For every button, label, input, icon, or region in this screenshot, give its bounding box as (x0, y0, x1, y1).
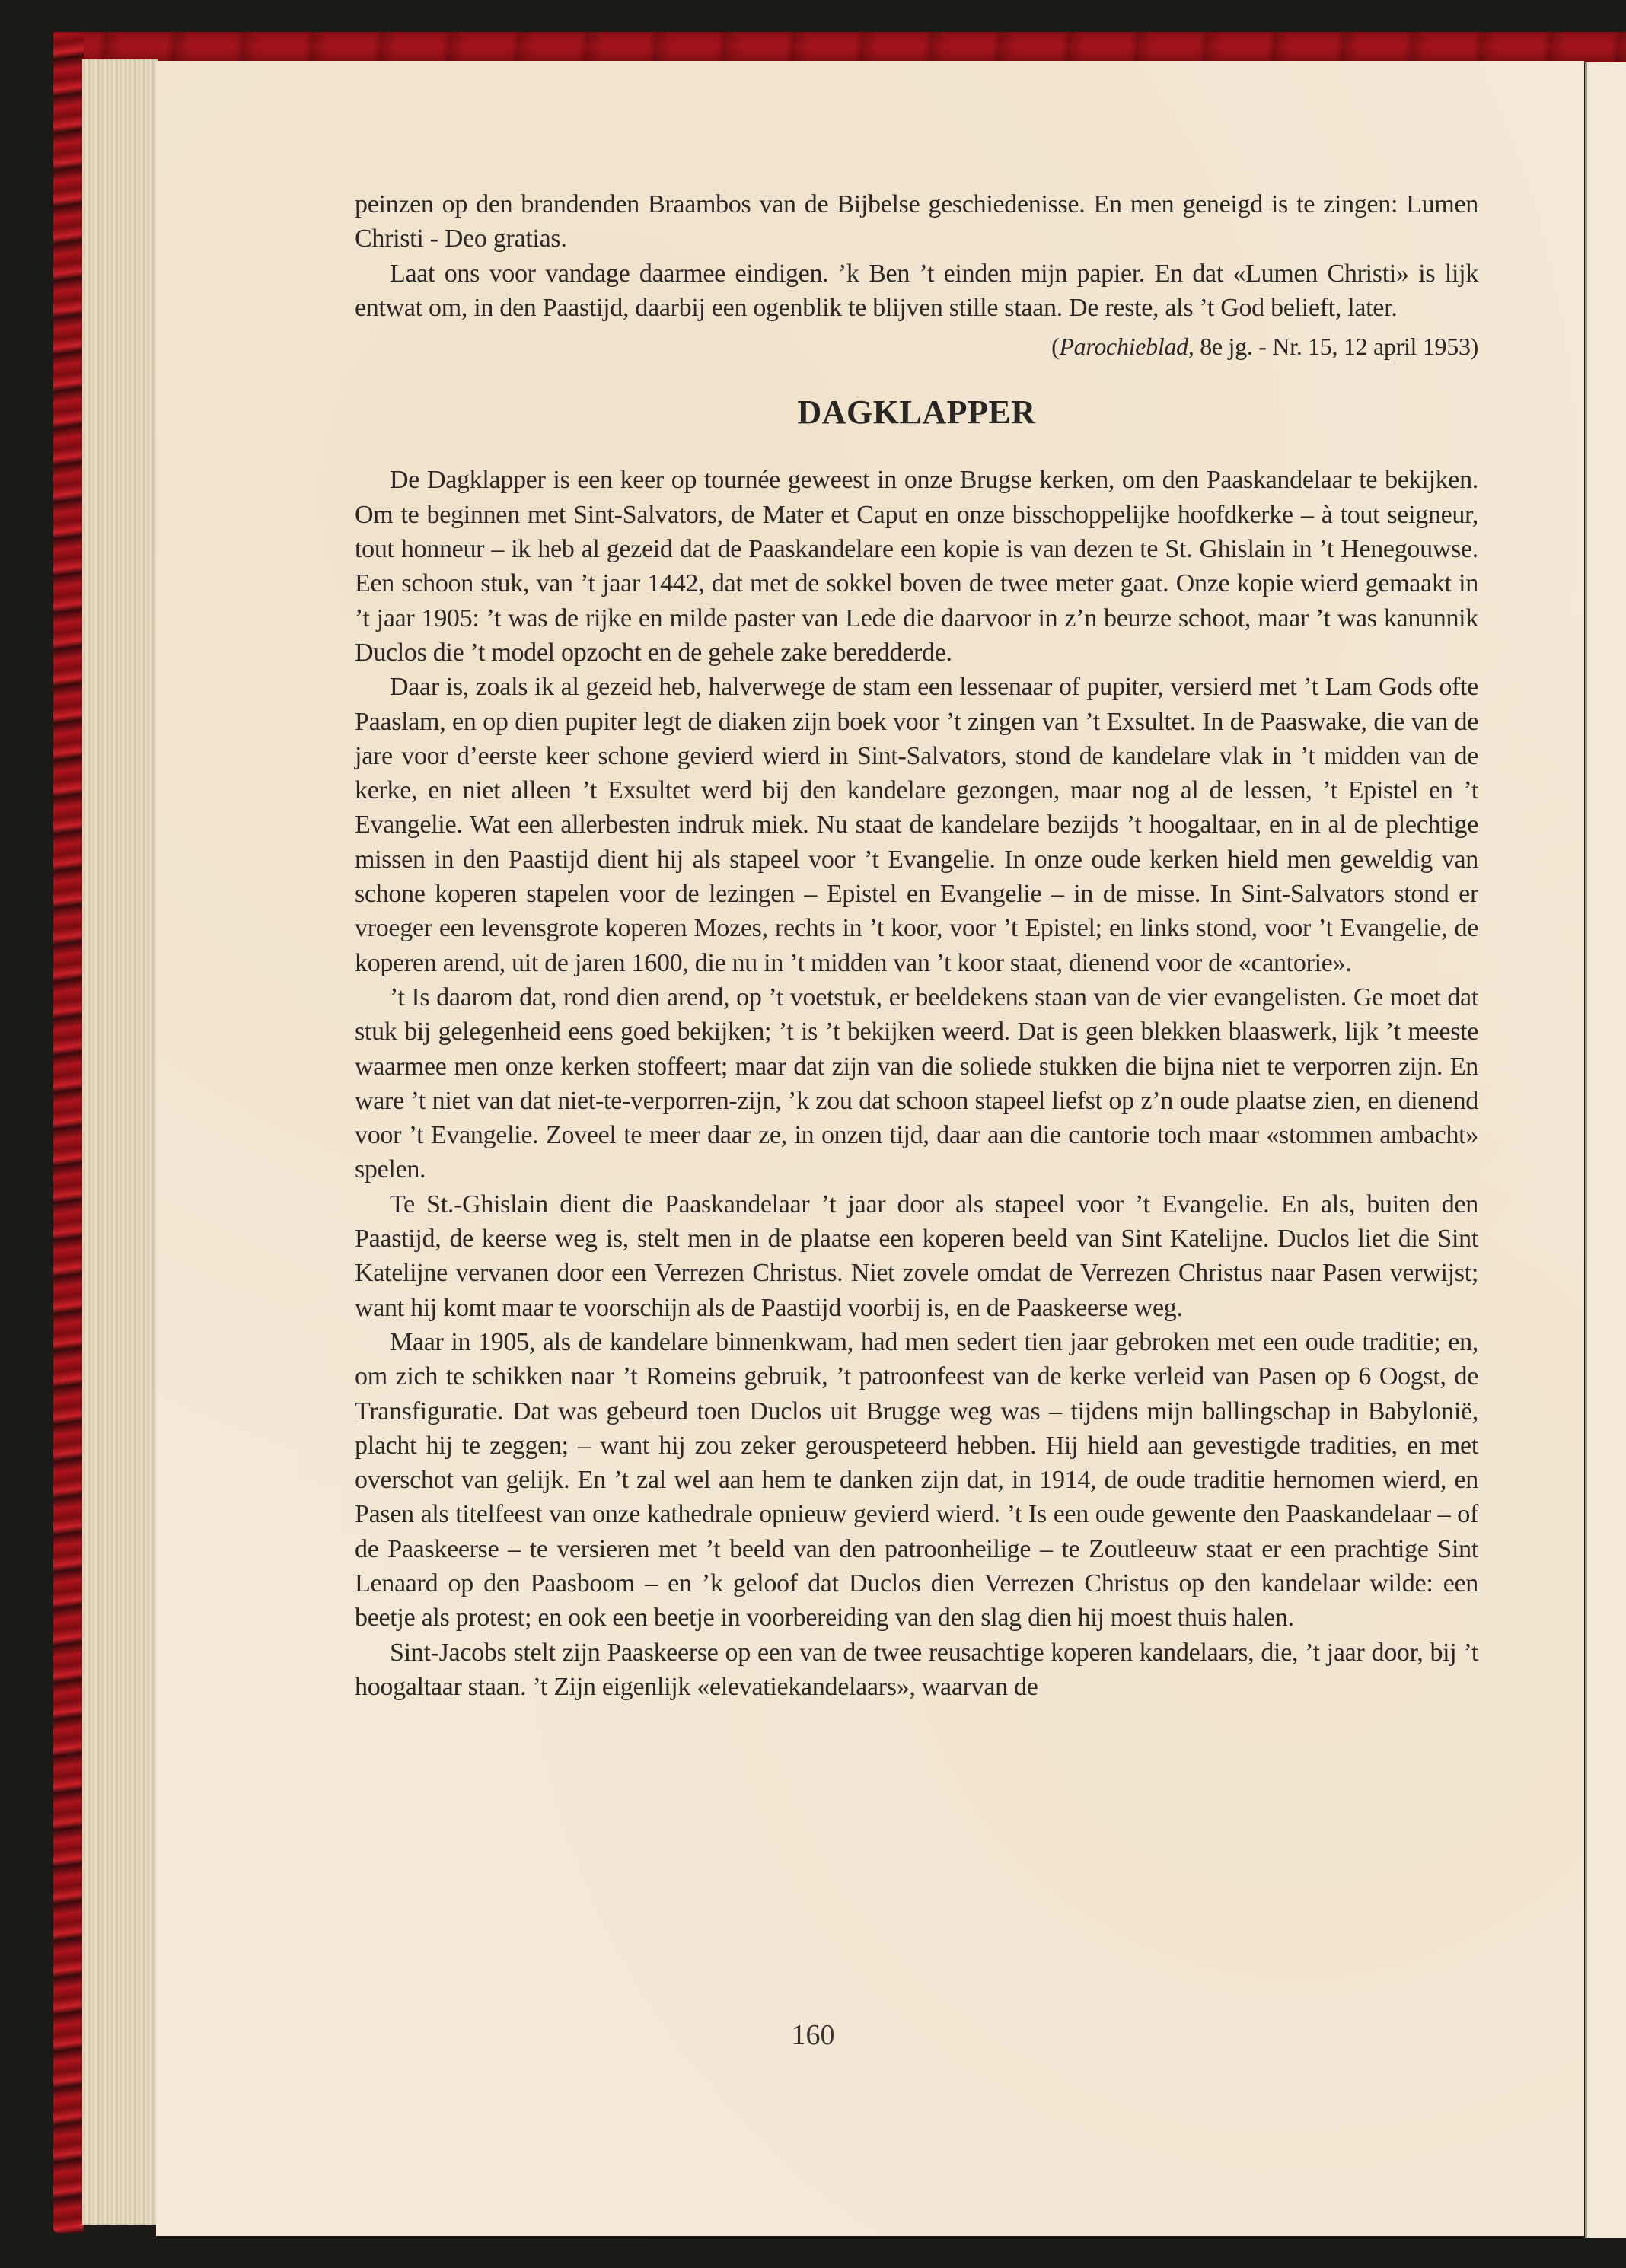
paragraph: Maar in 1905, als de kandelare binnenkwa… (355, 1325, 1478, 1636)
citation: (Parochieblad, 8e jg. - Nr. 15, 12 april… (355, 330, 1478, 364)
page-text: peinzen op den brandenden Braambos van d… (355, 187, 1478, 1704)
paragraph: Sint-Jacobs stelt zijn Paaskeerse op een… (355, 1636, 1478, 1705)
paragraph: Laat ons voor vandage daarmee eindigen. … (355, 256, 1478, 326)
citation-source: Parochieblad, (1059, 333, 1194, 360)
book-binding-top (53, 32, 1626, 62)
paragraph: Daar is, zoals ik al gezeid heb, halverw… (355, 670, 1478, 980)
page-block-edges (82, 59, 158, 2225)
paragraph-continuation: peinzen op den brandenden Braambos van d… (355, 187, 1478, 256)
book-binding-spine (53, 33, 84, 2233)
paragraph: Te St.-Ghislain dient die Paaskandelaar … (355, 1187, 1478, 1325)
adjacent-page-edge (1587, 62, 1626, 2238)
page-number: 160 (0, 2018, 1626, 2052)
citation-open: ( (1051, 333, 1059, 360)
paragraph: De Dagklapper is een keer op tournée gew… (355, 463, 1478, 670)
paragraph: ’t Is daarom dat, rond dien arend, op ’t… (355, 980, 1478, 1187)
citation-details: 8e jg. - Nr. 15, 12 april 1953) (1194, 333, 1478, 360)
section-heading: DAGKLAPPER (355, 393, 1478, 432)
